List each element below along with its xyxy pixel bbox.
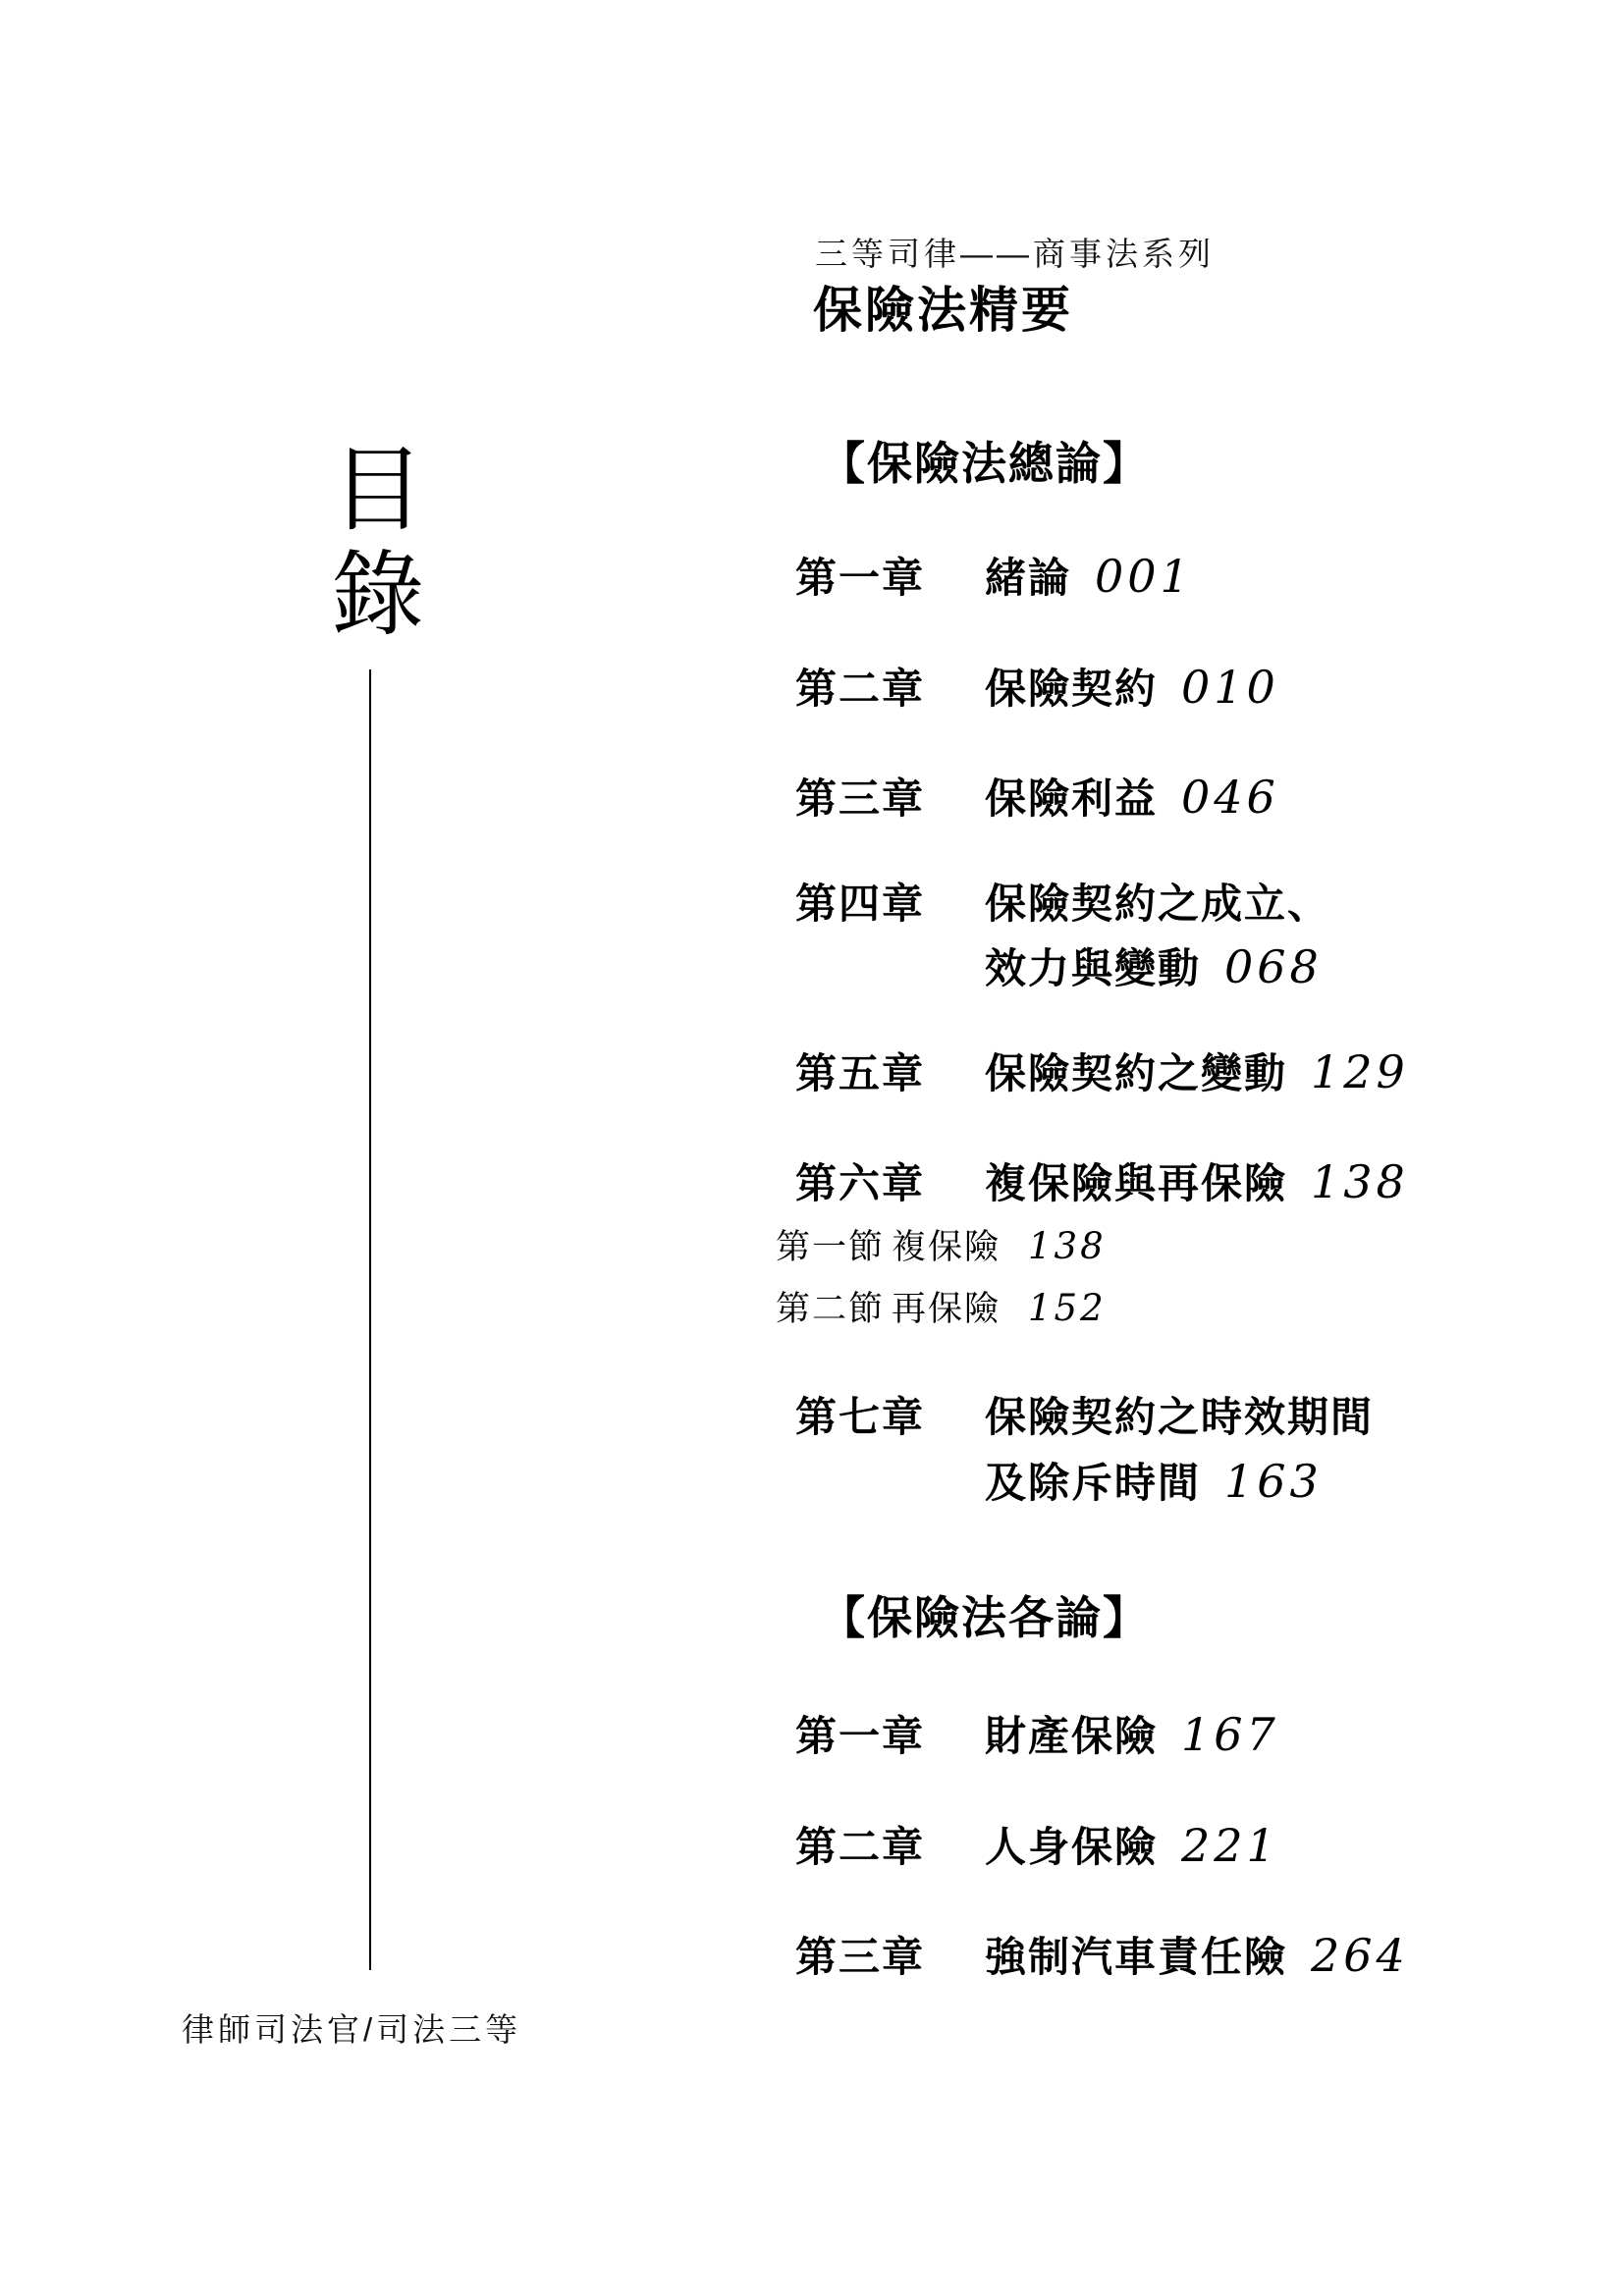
part-heading-specific: 【保險法各論】 [820, 1596, 1150, 1641]
page-number: 046 [1181, 773, 1279, 823]
page-number: 129 [1311, 1047, 1409, 1097]
chapter-label: 第四章 [795, 882, 985, 928]
toc-entry-p2-ch3: 第三章 強制汽車責任險 264 [795, 1931, 1409, 1981]
page-number: 163 [1224, 1457, 1323, 1507]
section-title: 複保險 [892, 1229, 1001, 1267]
chapter-label: 第一章 [795, 1715, 985, 1760]
chapter-title: 財產保險 [985, 1715, 1158, 1760]
section-title: 再保險 [892, 1291, 1001, 1329]
page-number: 010 [1181, 663, 1279, 713]
toc-entry-ch1: 第一章 緒論 001 [795, 552, 1193, 602]
chapter-title: 保險契約之變動 [985, 1052, 1287, 1097]
toc-entry-ch7-line1: 第七章 保險契約之時效期間 [795, 1396, 1374, 1441]
toc-entry-ch2: 第二章 保險契約 010 [795, 663, 1279, 713]
toc-entry-p2-ch1: 第一章 財產保險 167 [795, 1710, 1279, 1760]
chapter-title: 複保險與再保險 [985, 1162, 1287, 1207]
series-title: 三等司律——商事法系列 [815, 229, 1215, 275]
toc-entry-p2-ch2: 第二章 人身保險 221 [795, 1821, 1279, 1871]
chapter-title-continuation: 效力與變動 [985, 947, 1201, 992]
toc-entry-ch5: 第五章 保險契約之變動 129 [795, 1047, 1409, 1097]
toc-entry-ch4-line2: 效力與變動 068 [985, 942, 1323, 992]
footer-exam-series: 律師司法官/司法三等 [182, 2004, 521, 2051]
chapter-label: 第三章 [795, 1936, 985, 1981]
chapter-label: 第二章 [795, 667, 985, 713]
page-number: 001 [1095, 552, 1193, 602]
toc-entry-ch7-line2: 及除斥時間 163 [985, 1457, 1323, 1507]
page-number: 221 [1181, 1821, 1279, 1871]
chapter-label: 第一章 [795, 557, 985, 602]
section-label: 第二節 [776, 1291, 892, 1329]
chapter-title: 強制汽車責任險 [985, 1936, 1287, 1981]
toc-entry-ch6-sec1: 第一節 複保險 138 [776, 1227, 1107, 1267]
chapter-title: 緒論 [985, 557, 1071, 602]
chapter-label: 第六章 [795, 1162, 985, 1207]
chapter-title-continuation: 及除斥時間 [985, 1462, 1201, 1507]
page-number: 264 [1311, 1931, 1409, 1981]
toc-title-vertical: 目錄 [320, 440, 418, 650]
page-number: 152 [1028, 1289, 1107, 1329]
part-heading-general: 【保險法總論】 [820, 442, 1150, 487]
page-number: 068 [1224, 942, 1323, 992]
toc-entry-ch6: 第六章 複保險與再保險 138 [795, 1157, 1409, 1207]
chapter-label: 第三章 [795, 777, 985, 823]
page-number: 138 [1028, 1227, 1107, 1267]
page-number: 138 [1311, 1157, 1409, 1207]
toc-entry-ch6-sec2: 第二節 再保險 152 [776, 1289, 1107, 1329]
chapter-title: 保險契約之時效期間 [985, 1396, 1374, 1441]
chapter-label: 第七章 [795, 1396, 985, 1441]
chapter-title: 保險契約之成立、 [985, 882, 1330, 928]
chapter-label: 第五章 [795, 1052, 985, 1097]
toc-page: 三等司律——商事法系列 保險法精要 目錄 【保險法總論】 第一章 緒論 001 … [0, 0, 1624, 2296]
book-title: 保險法精要 [813, 271, 1073, 342]
toc-entry-ch3: 第三章 保險利益 046 [795, 773, 1279, 823]
page-number: 167 [1181, 1710, 1279, 1760]
section-label: 第一節 [776, 1229, 892, 1267]
chapter-title: 人身保險 [985, 1826, 1158, 1871]
chapter-title: 保險契約 [985, 667, 1158, 713]
toc-entry-ch4-line1: 第四章 保險契約之成立、 [795, 882, 1330, 928]
vertical-divider-line [369, 669, 371, 1970]
chapter-title: 保險利益 [985, 777, 1158, 823]
chapter-label: 第二章 [795, 1826, 985, 1871]
